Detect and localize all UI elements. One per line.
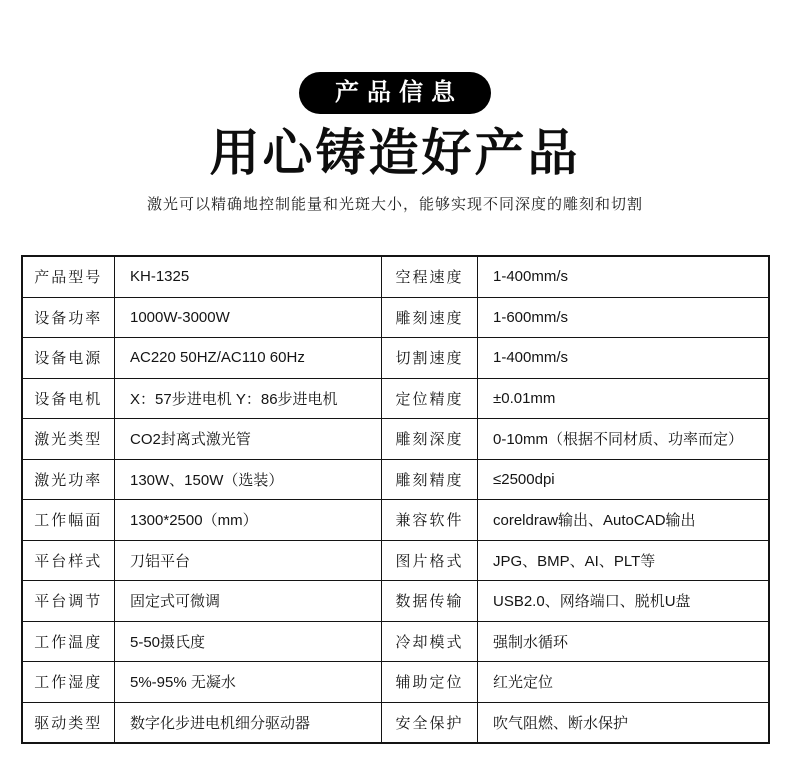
spec-label: 切割速度 xyxy=(382,338,478,379)
spec-row: 工作温度5-50摄氏度冷却模式强制水循环 xyxy=(22,621,769,662)
spec-label: 工作湿度 xyxy=(22,662,115,703)
spec-label: 激光类型 xyxy=(22,419,115,460)
spec-value: 1300*2500（mm） xyxy=(115,500,382,541)
spec-value: X：57步进电机 Y：86步进电机 xyxy=(115,378,382,419)
spec-label: 辅助定位 xyxy=(382,662,478,703)
spec-row: 驱动类型数字化步进电机细分驱动器安全保护吹气阻燃、断水保护 xyxy=(22,702,769,743)
spec-row: 激光功率130W、150W（选装）雕刻精度≤2500dpi xyxy=(22,459,769,500)
spec-row: 工作湿度5%-95% 无凝水辅助定位红光定位 xyxy=(22,662,769,703)
spec-label: 激光功率 xyxy=(22,459,115,500)
spec-label: 设备电机 xyxy=(22,378,115,419)
spec-label: 数据传输 xyxy=(382,581,478,622)
spec-value: 强制水循环 xyxy=(478,621,769,662)
spec-table: 产品型号KH-1325空程速度1-400mm/s设备功率1000W-3000W雕… xyxy=(21,255,770,744)
spec-value: 0-10mm（根据不同材质、功率而定） xyxy=(478,419,769,460)
spec-label: 设备电源 xyxy=(22,338,115,379)
spec-value: 5%-95% 无凝水 xyxy=(115,662,382,703)
spec-value: 数字化步进电机细分驱动器 xyxy=(115,702,382,743)
spec-value: coreldraw输出、AutoCAD输出 xyxy=(478,500,769,541)
spec-label: 冷却模式 xyxy=(382,621,478,662)
spec-row: 平台样式刀铝平台图片格式JPG、BMP、AI、PLT等 xyxy=(22,540,769,581)
spec-label: 产品型号 xyxy=(22,256,115,297)
spec-value: 吹气阻燃、断水保护 xyxy=(478,702,769,743)
spec-value: ≤2500dpi xyxy=(478,459,769,500)
spec-label: 工作幅面 xyxy=(22,500,115,541)
product-info-page: 产品信息 用心铸造好产品 激光可以精确地控制能量和光斑大小，能够实现不同深度的雕… xyxy=(0,0,790,782)
spec-value: 1-600mm/s xyxy=(478,297,769,338)
page-subtitle: 激光可以精确地控制能量和光斑大小，能够实现不同深度的雕刻和切割 xyxy=(0,194,790,216)
spec-value: AC220 50HZ/AC110 60Hz xyxy=(115,338,382,379)
spec-label: 设备功率 xyxy=(22,297,115,338)
spec-value: KH-1325 xyxy=(115,256,382,297)
spec-value: 固定式可微调 xyxy=(115,581,382,622)
spec-label: 工作温度 xyxy=(22,621,115,662)
spec-label: 平台调节 xyxy=(22,581,115,622)
spec-label: 兼容软件 xyxy=(382,500,478,541)
spec-row: 工作幅面1300*2500（mm）兼容软件coreldraw输出、AutoCAD… xyxy=(22,500,769,541)
spec-value: 1000W-3000W xyxy=(115,297,382,338)
spec-table-body: 产品型号KH-1325空程速度1-400mm/s设备功率1000W-3000W雕… xyxy=(22,256,769,743)
spec-label: 空程速度 xyxy=(382,256,478,297)
spec-value: 5-50摄氏度 xyxy=(115,621,382,662)
spec-row: 设备功率1000W-3000W雕刻速度1-600mm/s xyxy=(22,297,769,338)
spec-value: 1-400mm/s xyxy=(478,338,769,379)
spec-label: 雕刻精度 xyxy=(382,459,478,500)
spec-value: JPG、BMP、AI、PLT等 xyxy=(478,540,769,581)
spec-label: 平台样式 xyxy=(22,540,115,581)
spec-label: 驱动类型 xyxy=(22,702,115,743)
spec-label: 图片格式 xyxy=(382,540,478,581)
spec-value: CO2封离式激光管 xyxy=(115,419,382,460)
spec-value: ±0.01mm xyxy=(478,378,769,419)
spec-value: 130W、150W（选装） xyxy=(115,459,382,500)
badge-container: 产品信息 xyxy=(0,0,790,114)
spec-row: 激光类型CO2封离式激光管雕刻深度0-10mm（根据不同材质、功率而定） xyxy=(22,419,769,460)
spec-label: 定位精度 xyxy=(382,378,478,419)
spec-row: 设备电源AC220 50HZ/AC110 60Hz切割速度1-400mm/s xyxy=(22,338,769,379)
spec-row: 平台调节固定式可微调数据传输USB2.0、网络端口、脱机U盘 xyxy=(22,581,769,622)
spec-row: 产品型号KH-1325空程速度1-400mm/s xyxy=(22,256,769,297)
spec-label: 雕刻深度 xyxy=(382,419,478,460)
spec-value: 1-400mm/s xyxy=(478,256,769,297)
spec-row: 设备电机X：57步进电机 Y：86步进电机定位精度±0.01mm xyxy=(22,378,769,419)
spec-label: 雕刻速度 xyxy=(382,297,478,338)
page-title: 用心铸造好产品 xyxy=(0,122,790,184)
product-info-badge: 产品信息 xyxy=(299,72,491,114)
spec-value: 红光定位 xyxy=(478,662,769,703)
spec-value: USB2.0、网络端口、脱机U盘 xyxy=(478,581,769,622)
spec-value: 刀铝平台 xyxy=(115,540,382,581)
spec-label: 安全保护 xyxy=(382,702,478,743)
